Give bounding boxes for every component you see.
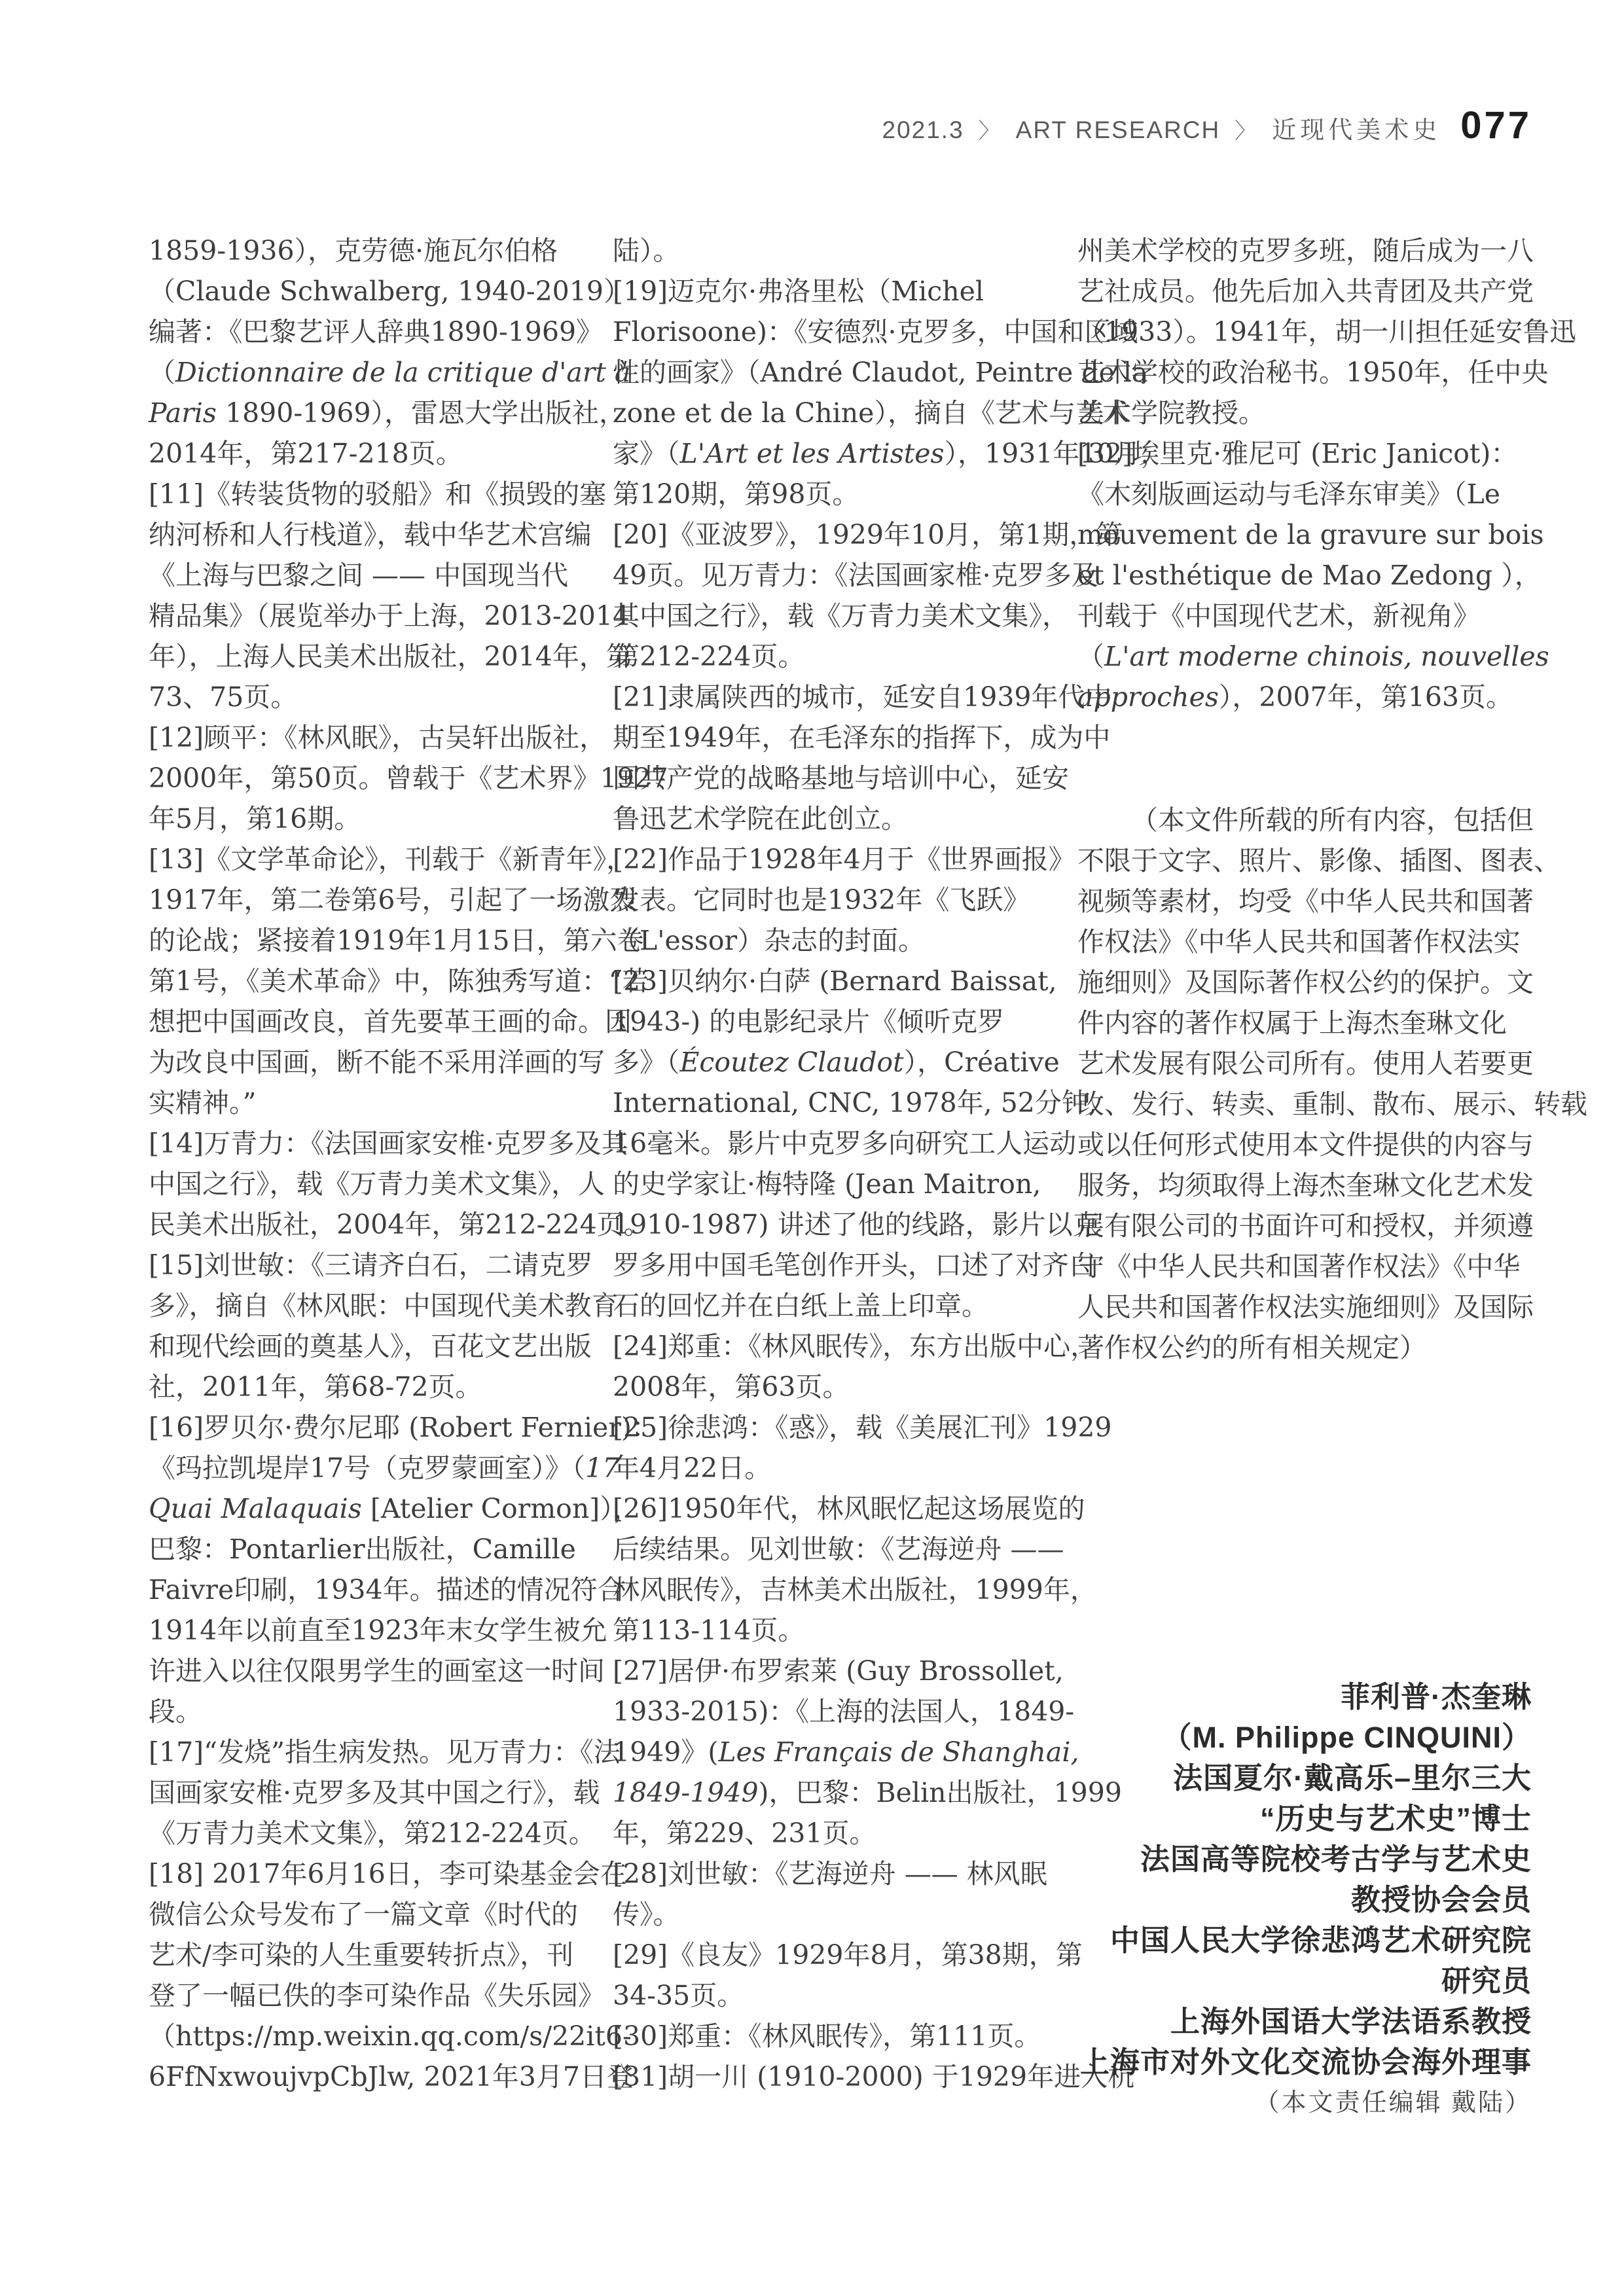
reference-line: （L'art moderne chinois, nouvelles xyxy=(1077,636,1536,677)
issue-label: 2021.3 xyxy=(882,117,964,144)
author-credential-line: 中国人民大学徐悲鸿艺术研究院 xyxy=(943,1920,1532,1961)
copyright-line: 人民共和国著作权法实施细则》及国际 xyxy=(1077,1287,1536,1327)
reference-line: 想把中国画改良，首先要革王画的命。因 xyxy=(149,1001,607,1042)
journal-header: 2021.3 〉 ART RESEARCH 〉 近现代美术史 077 xyxy=(882,103,1532,147)
author-credential-line: 研究员 xyxy=(943,1961,1532,2001)
reference-line: Florisoone)：《安德烈·克罗多，中国和区域 xyxy=(613,312,1071,352)
reference-line: 精品集》（展览举办于上海，2013-2014 xyxy=(149,596,607,636)
italic-title-segment: L'art moderne chinois, nouvelles xyxy=(1104,641,1549,672)
reference-line: 刊载于《中国现代艺术，新视角》 xyxy=(1077,596,1536,636)
reference-line: 许进入以往仅限男学生的画室这一时间 xyxy=(149,1651,607,1691)
reference-line: 期至1949年，在毛泽东的指挥下，成为中 xyxy=(613,717,1071,758)
text-segment: [Atelier Cormon]）， xyxy=(362,1493,640,1524)
section-name: 近现代美术史 xyxy=(1272,110,1441,145)
reference-line: 艺术/李可染的人生重要转折点》，刊 xyxy=(149,1935,607,1975)
reference-line: 6FfNxwoujvpCbJlw, 2021年3月7日登 xyxy=(149,2056,607,2097)
italic-title-segment: Paris xyxy=(149,397,217,429)
reference-line: approches），2007年，第163页。 xyxy=(1077,677,1536,717)
reference-line: 实精神。” xyxy=(149,1083,607,1123)
reference-line: [26]1950年代，林风眠忆起这场展览的 xyxy=(613,1488,1071,1529)
text-segment: ），2007年，第163页。 xyxy=(1219,681,1513,713)
copyright-line: 作权法》《中华人民共和国著作权法实 xyxy=(1077,922,1536,962)
copyright-notice: （本文件所载的所有内容，包括但不限于文字、照片、影像、插图、图表、视频等素材，均… xyxy=(1077,800,1536,1368)
reference-line: 和现代绘画的奠基人》，百花文艺出版 xyxy=(149,1326,607,1367)
copyright-line: 或以任何形式使用本文件提供的内容与 xyxy=(1077,1124,1536,1165)
italic-title-segment: L'Art et les Artistes xyxy=(680,438,945,469)
reference-line: 年），上海人民美术出版社，2014年，第 xyxy=(149,636,607,677)
copyright-line: 改、发行、转卖、重制、散布、展示、转载 xyxy=(1077,1084,1536,1124)
reference-line: 49页。见万青力：《法国画家椎·克罗多及 xyxy=(613,555,1071,596)
reference-line: 艺术学校的政治秘书。1950年，任中央 xyxy=(1077,352,1536,393)
reference-line: 其中国之行》，载《万青力美术文集》， xyxy=(613,596,1071,636)
reference-line: 1943-) 的电影纪录片《倾听克罗 xyxy=(613,1001,1071,1042)
reference-line: 罗多用中国毛笔创作开头，口述了对齐白 xyxy=(613,1245,1071,1285)
reference-line: 中国之行》，载《万青力美术文集》，人 xyxy=(149,1164,607,1204)
text-segment: ），Créative xyxy=(904,1047,1060,1078)
reference-line: 编著：《巴黎艺评人辞典1890-1969》 xyxy=(149,312,607,352)
reference-line: 《玛拉凯堤岸17号（克罗蒙画室）》（17 xyxy=(149,1448,607,1488)
editor-note: （本文责任编辑 戴陆） xyxy=(943,2083,1532,2123)
reference-line: 国共产党的战略基地与培训中心，延安 xyxy=(613,758,1071,798)
italic-title-segment: approches xyxy=(1077,681,1219,713)
reference-line: 美术学院教授。 xyxy=(1077,393,1536,433)
reference-line: 1914年以前直至1923年末女学生被允 xyxy=(149,1610,607,1651)
text-segment: （ xyxy=(149,357,175,388)
reference-line: 登了一幅已佚的李可染作品《失乐园》 xyxy=(149,1975,607,2016)
reference-line: [12]顾平：《林风眠》，古吴轩出版社， xyxy=(149,717,607,758)
reference-line: 1859-1936），克劳德·施瓦尔伯格 xyxy=(149,230,607,271)
reference-line: [22]作品于1928年4月于《世界画报》 xyxy=(613,839,1071,880)
reference-line: 段。 xyxy=(149,1691,607,1732)
reference-line: International, CNC, 1978年, 52分钟, xyxy=(613,1083,1071,1123)
reference-line: mouvement de la gravure sur bois xyxy=(1077,514,1536,555)
reference-line: [17]“发烧”指生病发热。见万青力：《法 xyxy=(149,1732,607,1772)
reference-line: 巴黎：Pontarlier出版社，Camille xyxy=(149,1529,607,1570)
reference-line: [25]徐悲鸿：《惑》，载《美展汇刊》1929 xyxy=(613,1407,1071,1448)
reference-line: [15]刘世敏：《三请齐白石，二请克罗 xyxy=(149,1245,607,1285)
reference-line: et l'esthétique de Mao Zedong ）， xyxy=(1077,555,1536,596)
author-credential-line: 教授协会会员 xyxy=(943,1880,1532,1920)
copyright-line: 不限于文字、照片、影像、插图、图表、 xyxy=(1077,840,1536,881)
reference-line: [19]迈克尔·弗洛里松（Michel xyxy=(613,271,1071,312)
reference-line: （L'essor）杂志的封面。 xyxy=(613,920,1071,961)
reference-line: 73、75页。 xyxy=(149,677,607,717)
reference-line: 2000年，第50页。曾载于《艺术界》1927 xyxy=(149,758,607,798)
reference-line: 《上海与巴黎之间 —— 中国现当代 xyxy=(149,555,607,596)
footnotes-column-left: 1859-1936），克劳德·施瓦尔伯格（Claude Schwalberg, … xyxy=(149,230,607,2097)
reference-line: [32]埃里克·雅尼可 (Eric Janicot)： xyxy=(1077,433,1536,474)
copyright-line: 艺术发展有限公司所有。使用人若要更 xyxy=(1077,1043,1536,1084)
reference-line: 年4月22日。 xyxy=(613,1448,1071,1488)
author-credential-line: （M. Philippe CINQUINI） xyxy=(943,1717,1532,1758)
author-credential-line: “历史与艺术史”博士 xyxy=(943,1799,1532,1839)
reference-line: 国画家安椎·克罗多及其中国之行》，载 xyxy=(149,1772,607,1813)
reference-line: （https://mp.weixin.qq.com/s/22it6- xyxy=(149,2016,607,2056)
reference-line: 石的回忆并在白纸上盖上印章。 xyxy=(613,1285,1071,1326)
reference-line: Quai Malaquais [Atelier Cormon]）， xyxy=(149,1488,607,1529)
reference-line: 为改良中国画，断不能不采用洋画的写 xyxy=(149,1042,607,1083)
author-credential-line: 上海市对外文化交流协会海外理事 xyxy=(943,2042,1532,2083)
reference-line: [24]郑重：《林风眠传》，东方出版中心， xyxy=(613,1326,1071,1367)
reference-line: 第113-114页。 xyxy=(613,1610,1071,1651)
reference-line: 2008年，第63页。 xyxy=(613,1367,1071,1407)
reference-line: 的论战；紧接着1919年1月15日，第六卷 xyxy=(149,920,607,961)
reference-line: 社，2011年，第68-72页。 xyxy=(149,1367,607,1407)
reference-line: （1933）。1941年，胡一川担任延安鲁迅 xyxy=(1077,312,1536,352)
copyright-line: 施细则》及国际著作权公约的保护。文 xyxy=(1077,962,1536,1003)
reference-line: 第120期，第98页。 xyxy=(613,474,1071,514)
copyright-line: 件内容的著作权属于上海杰奎琳文化 xyxy=(1077,1003,1536,1043)
author-credential-line: 上海外国语大学法语系教授 xyxy=(943,2001,1532,2042)
text-segment: 《玛拉凯堤岸17号（克罗蒙画室）》（ xyxy=(149,1452,585,1484)
copyright-line: 守《中华人民共和国著作权法》《中华 xyxy=(1077,1246,1536,1287)
reference-line: [23]贝纳尔·白萨 (Bernard Baissat, xyxy=(613,961,1071,1001)
reference-line: 艺社成员。他先后加入共青团及共产党 xyxy=(1077,271,1536,312)
reference-line: 第1号，《美术革命》中，陈独秀写道：“若 xyxy=(149,961,607,1001)
text-segment: 多》（ xyxy=(613,1047,680,1078)
reference-line: 的史学家让·梅特隆 (Jean Maitron, xyxy=(613,1164,1071,1204)
chevron-separator-icon: 〉 xyxy=(1235,114,1257,145)
reference-line: [21]隶属陕西的城市，延安自1939年代中 xyxy=(613,677,1071,717)
journal-name: ART RESEARCH xyxy=(1016,117,1221,144)
text-segment: 家》（ xyxy=(613,438,680,469)
chevron-separator-icon: 〉 xyxy=(979,114,1001,145)
reference-line: zone et de la Chine），摘自《艺术与艺术 xyxy=(613,393,1071,433)
reference-line: （Dictionnaire de la critique d'art à xyxy=(149,352,607,393)
italic-title-segment: Quai Malaquais xyxy=(149,1493,362,1524)
reference-line: 林风眠传》，吉林美术出版社，1999年， xyxy=(613,1570,1071,1610)
reference-line: 《万青力美术文集》，第212-224页。 xyxy=(149,1813,607,1854)
reference-line: 家》（L'Art et les Artistes），1931年10月， xyxy=(613,433,1071,474)
copyright-line: 著作权公约的所有相关规定） xyxy=(1077,1327,1536,1368)
reference-line: 2014年，第217-218页。 xyxy=(149,433,607,474)
copyright-line: 视频等素材，均受《中华人民共和国著 xyxy=(1077,881,1536,922)
reference-line: 后续结果。见刘世敏：《艺海逆舟 —— xyxy=(613,1529,1071,1570)
copyright-line: 服务，均须取得上海杰奎琳文化艺术发 xyxy=(1077,1165,1536,1206)
reference-line: 微信公众号发布了一篇文章《时代的 xyxy=(149,1894,607,1935)
reference-line: 鲁迅艺术学院在此创立。 xyxy=(613,798,1071,839)
reference-line: 纳河桥和人行栈道》，载中华艺术宫编 xyxy=(149,514,607,555)
reference-line: 发表。它同时也是1932年《飞跃》 xyxy=(613,880,1071,920)
text-segment: 1890-1969），雷恩大学出版社， xyxy=(217,397,626,429)
reference-line: 多》，摘自《林风眠：中国现代美术教育 xyxy=(149,1285,607,1326)
reference-line: 性的画家》（André Claudot, Peintre de la xyxy=(613,352,1071,393)
reference-line: Faivre印刷，1934年。描述的情况符合 xyxy=(149,1570,607,1610)
reference-line: （Claude Schwalberg, 1940-2019） xyxy=(149,271,607,312)
reference-line: 16毫米。影片中克罗多向研究工人运动 xyxy=(613,1123,1071,1164)
italic-title-segment: Écoutez Claudot xyxy=(680,1047,904,1078)
reference-line: [18] 2017年6月16日，李可染基金会在 xyxy=(149,1854,607,1894)
copyright-line: 展有限公司的书面许可和授权，并须遵 xyxy=(1077,1206,1536,1246)
reference-line: [11]《转装货物的驳船》和《损毁的塞 xyxy=(149,474,607,514)
author-credentials: 菲利普·杰奎琳（M. Philippe CINQUINI）法国夏尔·戴高乐–里尔… xyxy=(943,1677,1532,2123)
text-segment: （ xyxy=(1077,641,1104,672)
text-segment: 1949》( xyxy=(613,1736,718,1768)
reference-line: 陆）。 xyxy=(613,230,1071,271)
reference-line: 民美术出版社，2004年，第212-224页。 xyxy=(149,1204,607,1245)
reference-line: 1917年，第二卷第6号，引起了一场激烈 xyxy=(149,880,607,920)
footnotes-column-right: 州美术学校的克罗多班，随后成为一八艺社成员。他先后加入共青团及共产党（1933）… xyxy=(1077,230,1536,717)
reference-line: Paris 1890-1969），雷恩大学出版社， xyxy=(149,393,607,433)
copyright-line: （本文件所载的所有内容，包括但 xyxy=(1077,800,1536,840)
italic-title-segment: Dictionnaire de la critique d'art à xyxy=(175,357,630,388)
author-credential-line: 菲利普·杰奎琳 xyxy=(943,1677,1532,1717)
author-credential-line: 法国高等院校考古学与艺术史 xyxy=(943,1839,1532,1880)
reference-line: [20]《亚波罗》，1929年10月，第1期，第 xyxy=(613,514,1071,555)
reference-line: [16]罗贝尔·费尔尼耶 (Robert Fernier)： xyxy=(149,1407,607,1448)
reference-line: 州美术学校的克罗多班，随后成为一八 xyxy=(1077,230,1536,271)
reference-line: 《木刻版画运动与毛泽东审美》（Le xyxy=(1077,474,1536,514)
reference-line: 多》（Écoutez Claudot），Créative xyxy=(613,1042,1071,1083)
reference-line: [14]万青力：《法国画家安椎·克罗多及其 xyxy=(149,1123,607,1164)
reference-line: 年5月，第16期。 xyxy=(149,798,607,839)
reference-line: 1910-1987) 讲述了他的线路，影片以克 xyxy=(613,1204,1071,1245)
reference-line: 第212-224页。 xyxy=(613,636,1071,677)
author-credential-line: 法国夏尔·戴高乐–里尔三大 xyxy=(943,1758,1532,1799)
reference-line: [13]《文学革命论》，刊载于《新青年》， xyxy=(149,839,607,880)
page-number: 077 xyxy=(1460,103,1532,147)
italic-title-segment: 1849-1949 xyxy=(613,1777,759,1808)
